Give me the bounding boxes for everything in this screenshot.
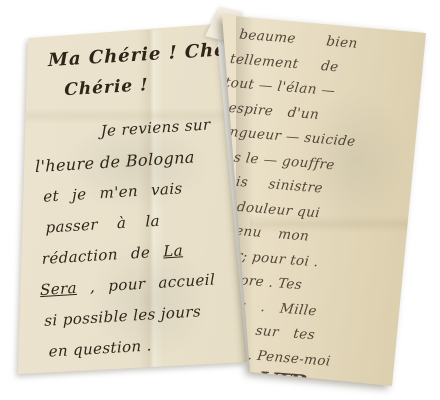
- handwriting-text: et je m'en vais: [43, 179, 182, 206]
- ink-showthrough: [60, 120, 210, 210]
- handwriting-text: beaume bien: [238, 27, 358, 52]
- handwriting-text: amour; pour toi .: [196, 244, 320, 269]
- handwriting-text: baisers . Mille: [193, 293, 318, 319]
- handwriting-line: Ton VTB: [226, 366, 387, 400]
- handwriting-text: rédaction de: [42, 242, 164, 267]
- handwriting-text: longueur — suicide: [216, 123, 357, 150]
- handwriting-text: de douleur qui: [214, 197, 321, 221]
- handwriting-line: beaume bien: [238, 23, 433, 62]
- handwriting-text: Ton: [227, 373, 260, 391]
- paper-edge-shadow: [236, 15, 254, 385]
- handwriting-text: lèvres . Pense-moi: [199, 343, 332, 369]
- handwriting-text: Ma Chérie ! Chérie !: [48, 36, 273, 71]
- right-letter-handwriting: beaume bientellement detout — l'élan —re…: [185, 22, 433, 400]
- handwriting-text: Je reviens sur: [101, 115, 211, 140]
- right-letter-page: beaume bientellement detout — l'élan —re…: [0, 0, 440, 400]
- handwriting-line: devenu mon: [208, 217, 407, 257]
- handwriting-line: longueur — suicide: [215, 119, 420, 159]
- handwriting-text: Chérie !: [64, 75, 148, 100]
- left-letter-paper: Ma Chérie ! Chérie !Chérie !Je reviens s…: [0, 0, 440, 400]
- left-letter-page: Ma Chérie ! Chérie !Chérie !Je reviens s…: [0, 0, 440, 400]
- paper-corner-sliver: [0, 0, 440, 400]
- paper-crease-vertical: [138, 30, 164, 375]
- handwriting-line: dans le — gouffre: [206, 143, 417, 184]
- handwriting-line: Chérie !: [64, 65, 239, 107]
- handwriting-text: tellement de: [229, 50, 339, 74]
- paper-crease-horizontal: [20, 108, 240, 124]
- paper-corner: [0, 0, 440, 400]
- underlined-word: Sera: [40, 279, 77, 299]
- handwriting-text: fois sinistre: [221, 173, 324, 197]
- right-letter-paper: beaume bientellement detout — l'élan —re…: [0, 0, 440, 400]
- handwriting-line: fois sinistre: [221, 169, 414, 208]
- handwriting-line: respire d'un: [220, 95, 423, 135]
- handwriting-line: baisers . Mille: [193, 289, 398, 329]
- handwriting-line: Je reviens sur: [101, 108, 240, 148]
- handwriting-text: en question .: [49, 336, 152, 360]
- handwriting-text: dans le — gouffre: [206, 147, 335, 173]
- handwriting-text: et j'adore . Tes: [194, 269, 303, 293]
- ink-showthrough: [300, 90, 410, 230]
- photo-background: Ma Chérie ! Chérie !Chérie !Je reviens s…: [0, 0, 440, 400]
- handwriting-line: Ma Chérie ! Chérie !: [48, 33, 239, 76]
- handwriting-text: baisers sur tes: [188, 318, 316, 344]
- handwriting-line: de douleur qui: [213, 193, 410, 233]
- handwriting-line: si possible les jours: [44, 294, 241, 337]
- handwriting-line: en question .: [49, 325, 242, 368]
- handwriting-line: l'heure de Bologna: [35, 139, 240, 183]
- underlined-word: La: [163, 241, 183, 260]
- handwriting-text: passer à la: [45, 212, 160, 237]
- left-letter-handwriting: Ma Chérie ! Chérie !Chérie !Je reviens s…: [34, 33, 241, 368]
- ink-showthrough: [90, 240, 210, 360]
- handwriting-text: VTB: [257, 367, 306, 396]
- handwriting-text: , pour accueil: [77, 270, 215, 296]
- handwriting-line: tellement de: [229, 46, 430, 86]
- handwriting-line: et j'adore . Tes: [194, 265, 401, 305]
- handwriting-text: l'heure de Bologna: [35, 147, 195, 176]
- handwriting-line: tout — l'élan —: [223, 71, 426, 111]
- handwriting-text: si possible les jours: [44, 302, 201, 330]
- handwriting-line: rédaction de La: [42, 232, 241, 275]
- handwriting-text: respire d'un: [221, 99, 320, 123]
- handwriting-line: Sera , pour accueil: [40, 263, 241, 306]
- handwriting-line: lèvres . Pense-moi: [198, 339, 391, 378]
- handwriting-text: tout — l'élan —: [224, 75, 336, 100]
- handwriting-text: devenu mon: [209, 221, 310, 245]
- handwriting-line: passer à la: [45, 201, 240, 244]
- paper-crease-horizontal: [250, 215, 425, 233]
- handwriting-line: baisers sur tes: [187, 314, 394, 354]
- handwriting-line: et je m'en vais: [43, 170, 240, 213]
- handwriting-line: amour; pour toi .: [195, 240, 404, 280]
